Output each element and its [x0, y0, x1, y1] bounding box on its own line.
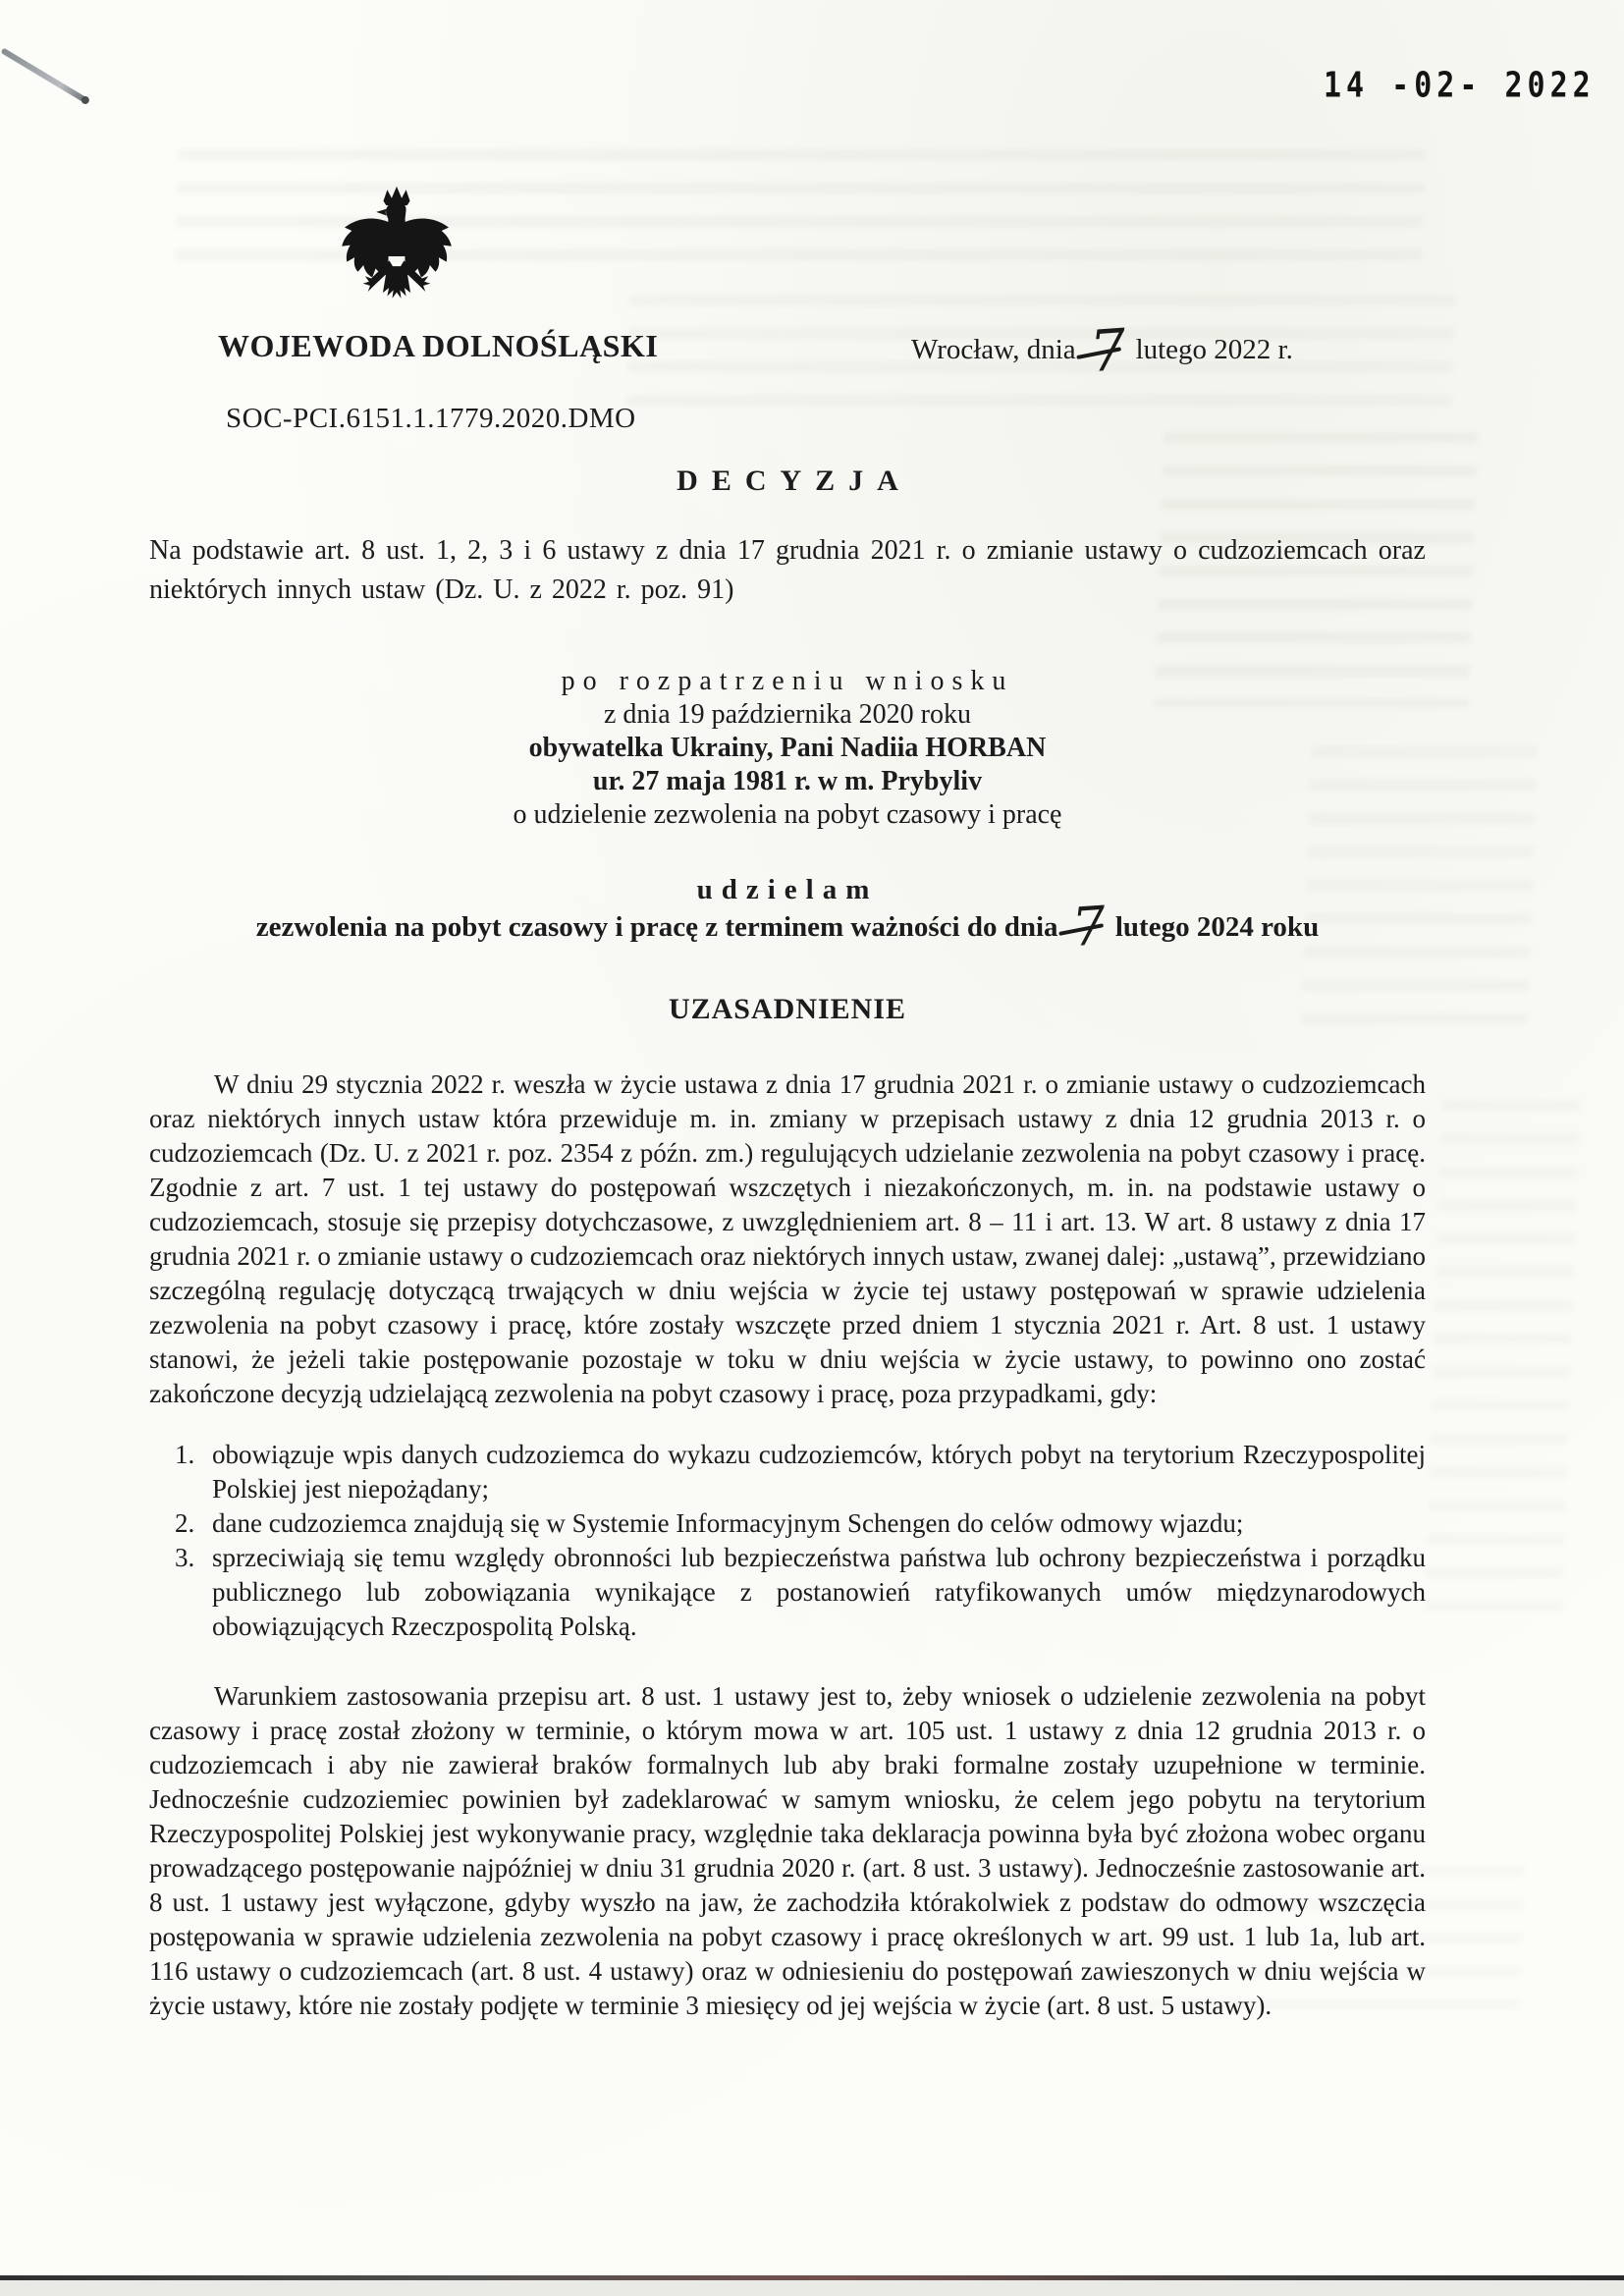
scan-bottom-strip — [0, 2280, 1624, 2296]
list-item: 3. sprzeciwiają się temu względy obronno… — [149, 1541, 1426, 1644]
case-number: SOC-PCI.6151.1.1779.2020.DMO — [226, 403, 636, 435]
justification-paragraph-2: Warunkiem zastosowania przepisu art. 8 u… — [149, 1679, 1426, 2023]
list-item-text: sprzeciwiają się temu względy obronności… — [212, 1543, 1426, 1641]
place-date-line: Wrocław, dnia7lutego 2022 r. — [911, 334, 1293, 366]
list-item: 2. dane cudzoziemca znajdują się w Syste… — [149, 1506, 1426, 1541]
list-item-marker: 2. — [175, 1506, 194, 1541]
application-date-line: z dnia 19 października 2020 roku — [149, 698, 1426, 732]
justification-paragraph-1: W dniu 29 stycznia 2022 r. weszła w życi… — [149, 1067, 1426, 1411]
grant-line: zezwolenia na pobyt czasowy i pracę z te… — [149, 907, 1426, 947]
authority-title: WOJEWODA DOLNOŚLĄSKI — [218, 328, 658, 364]
list-item: 1. obowiązuje wpis danych cudzoziemca do… — [149, 1438, 1426, 1506]
document-body: DECYZJA Na podstawie art. 8 ust. 1, 2, 3… — [149, 464, 1426, 2050]
grant-text-before-day: zezwolenia na pobyt czasowy i pracę z te… — [256, 911, 1058, 943]
list-item-text: dane cudzoziemca znajdują się w Systemie… — [212, 1508, 1243, 1538]
grant-verb: udzielam — [149, 873, 1426, 907]
bleed-through-ghost — [1425, 1100, 1580, 1611]
subject-line: o udzielenie zezwolenia na pobyt czasowy… — [149, 798, 1426, 832]
justification-heading: UZASADNIENIE — [149, 992, 1426, 1026]
scanner-streak-artifact — [0, 47, 87, 103]
place-date-prefix: Wrocław, dnia — [911, 334, 1076, 365]
application-block: po rozpatrzeniu wniosku z dnia 19 paździ… — [149, 665, 1426, 832]
birth-line: ur. 27 maja 1981 r. w m. Prybyliv — [149, 765, 1426, 798]
scanned-decision-page: 14 -02- 2022 WOJ — [0, 0, 1624, 2296]
justification-list: 1. obowiązuje wpis danych cudzoziemca do… — [149, 1438, 1426, 1644]
received-date-stamp: 14 -02- 2022 — [1324, 66, 1596, 106]
place-date-suffix: lutego 2022 r. — [1136, 334, 1293, 365]
list-item-marker: 1. — [175, 1438, 194, 1472]
decision-title: DECYZJA — [149, 464, 1426, 498]
legal-basis-paragraph: Na podstawie art. 8 ust. 1, 2, 3 i 6 ust… — [149, 531, 1426, 610]
handwritten-validity-day: 7 — [1072, 926, 1106, 928]
grant-text-after-day: lutego 2024 roku — [1115, 911, 1319, 943]
polish-eagle-icon — [336, 181, 458, 324]
after-review-line: po rozpatrzeniu wniosku — [149, 665, 1426, 698]
list-item-marker: 3. — [175, 1541, 194, 1575]
handwritten-day: 7 — [1090, 350, 1126, 353]
applicant-line: obywatelka Ukrainy, Pani Nadiia HORBAN — [149, 732, 1426, 765]
list-item-text: obowiązuje wpis danych cudzoziemca do wy… — [212, 1440, 1426, 1503]
